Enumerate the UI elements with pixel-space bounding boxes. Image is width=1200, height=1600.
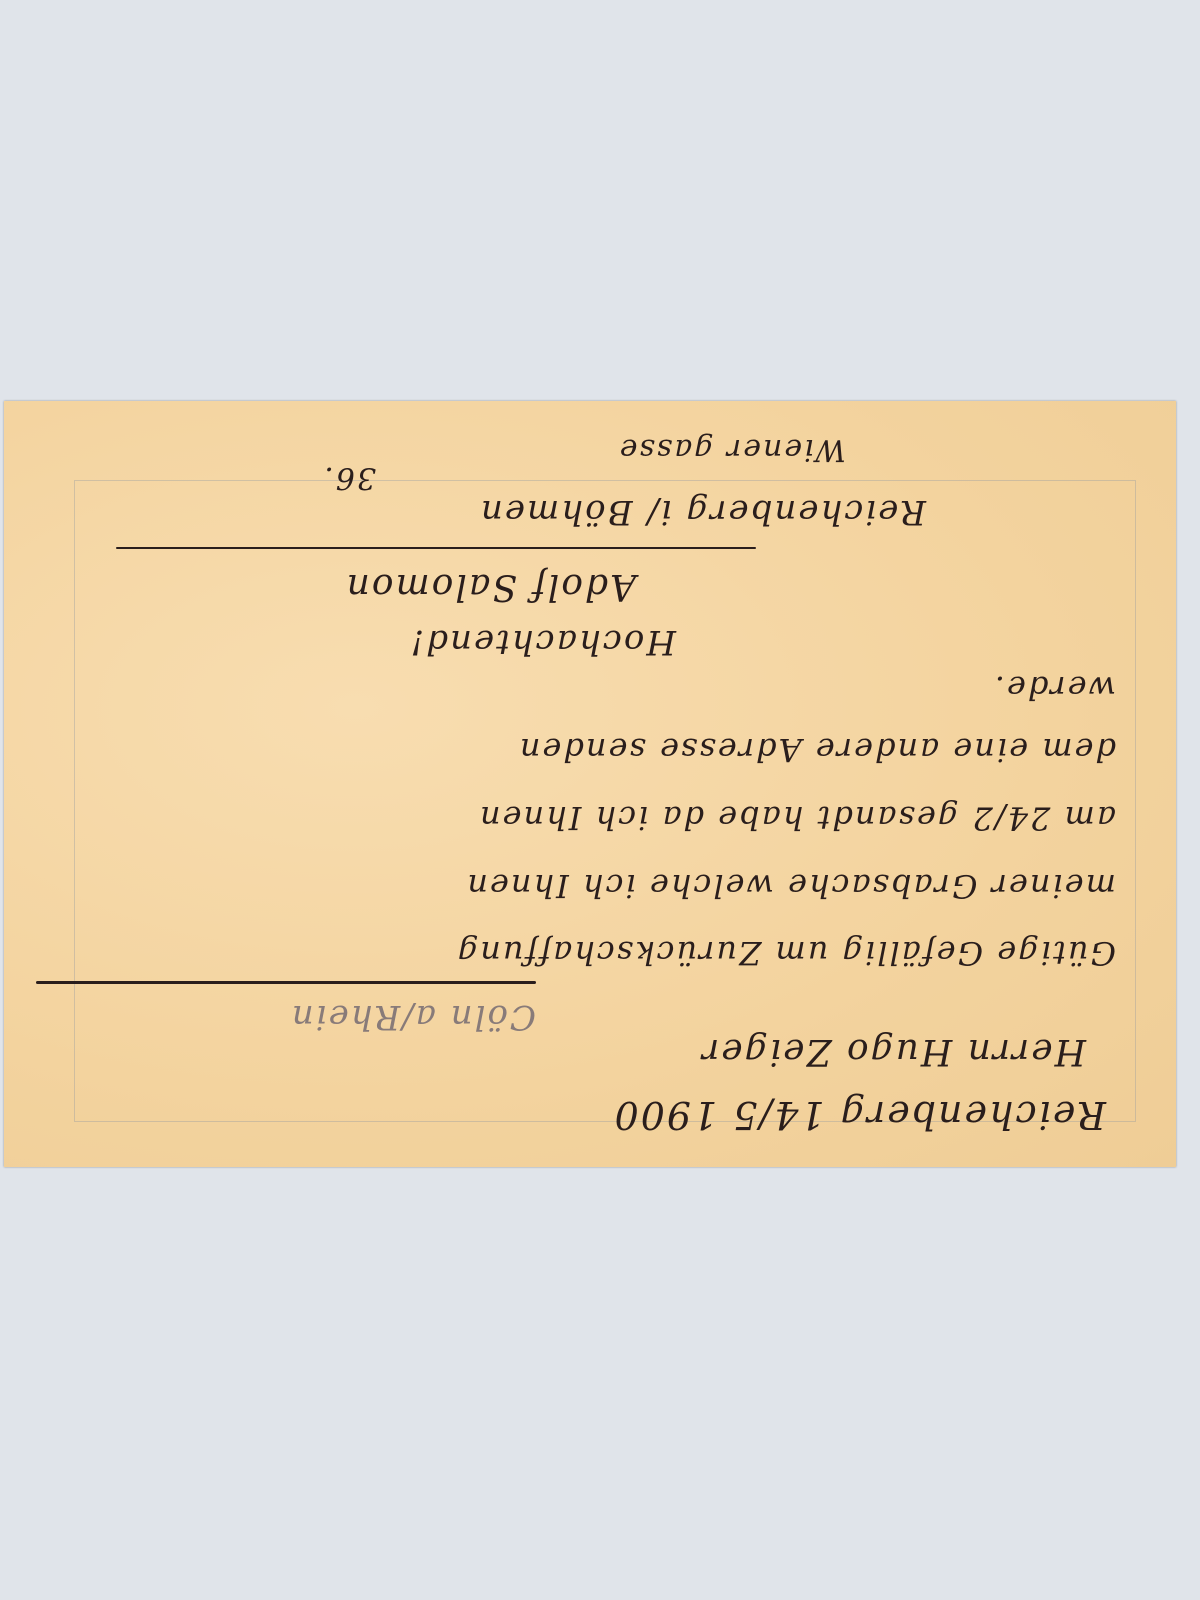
signature: Adolf Salomon — [345, 566, 636, 607]
body-line-1: Gütige Gefällig um Zurückschaffung — [456, 934, 1116, 972]
signature-flourish — [116, 547, 756, 549]
sender-city: Reichenberg i/ Böhmen — [479, 492, 926, 532]
body-line-5: werde. — [993, 669, 1116, 707]
sender-number: 36. — [322, 460, 376, 495]
body-line-3: am 24/2 gesandt habe da ich Ihnen — [478, 799, 1116, 837]
body-line-4: dem eine andere Adresse senden — [518, 731, 1116, 769]
place-date: Reichenberg 14/5 1900 — [613, 1093, 1106, 1137]
postcard: Reichenberg 14/5 1900 Herrn Hugo Zeiger … — [4, 401, 1176, 1167]
address-city: Cöln a/Rhein — [290, 997, 536, 1037]
body-line-2: meiner Grabsache welche ich Ihnen — [465, 867, 1116, 905]
address-underline — [36, 981, 536, 984]
addressee: Herrn Hugo Zeiger — [700, 1031, 1086, 1072]
closing: Hochachtend! — [409, 622, 676, 662]
sender-street: Wiener gasse — [618, 432, 846, 467]
postcard-content-rotated: Reichenberg 14/5 1900 Herrn Hugo Zeiger … — [4, 401, 1176, 1167]
